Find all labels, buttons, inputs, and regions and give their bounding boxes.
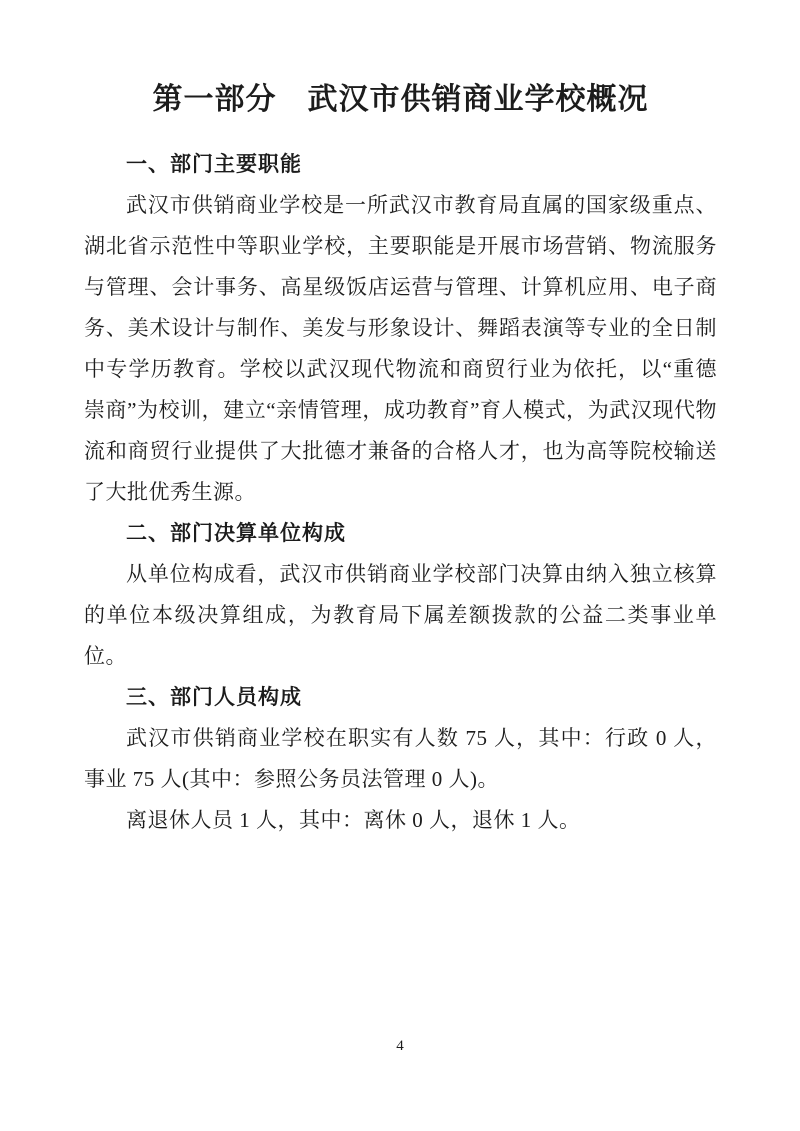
section-3-heading: 三、部门人员构成 [84,677,717,718]
section-3-paragraph-2: 离退休人员 1 人，其中：离休 0 人，退休 1 人。 [84,800,717,841]
section-3-paragraph-1: 武汉市供销商业学校在职实有人数 75 人，其中：行政 0 人，事业 75 人(其… [84,718,717,800]
page-number: 4 [0,1037,800,1055]
document-title: 第一部分 武汉市供销商业学校概况 [84,80,717,120]
section-1-heading: 一、部门主要职能 [84,144,717,185]
section-budget-unit-composition: 二、部门决算单位构成 从单位构成看，武汉市供销商业学校部门决算由纳入独立核算的单… [84,513,717,677]
section-2-heading: 二、部门决算单位构成 [84,513,717,554]
document-page: 第一部分 武汉市供销商业学校概况 一、部门主要职能 武汉市供销商业学校是一所武汉… [0,0,800,1131]
section-main-functions: 一、部门主要职能 武汉市供销商业学校是一所武汉市教育局直属的国家级重点、湖北省示… [84,144,717,513]
section-1-paragraph-1: 武汉市供销商业学校是一所武汉市教育局直属的国家级重点、湖北省示范性中等职业学校，… [84,185,717,513]
section-2-paragraph-1: 从单位构成看，武汉市供销商业学校部门决算由纳入独立核算的单位本级决算组成，为教育… [84,554,717,677]
section-personnel-composition: 三、部门人员构成 武汉市供销商业学校在职实有人数 75 人，其中：行政 0 人，… [84,677,717,841]
